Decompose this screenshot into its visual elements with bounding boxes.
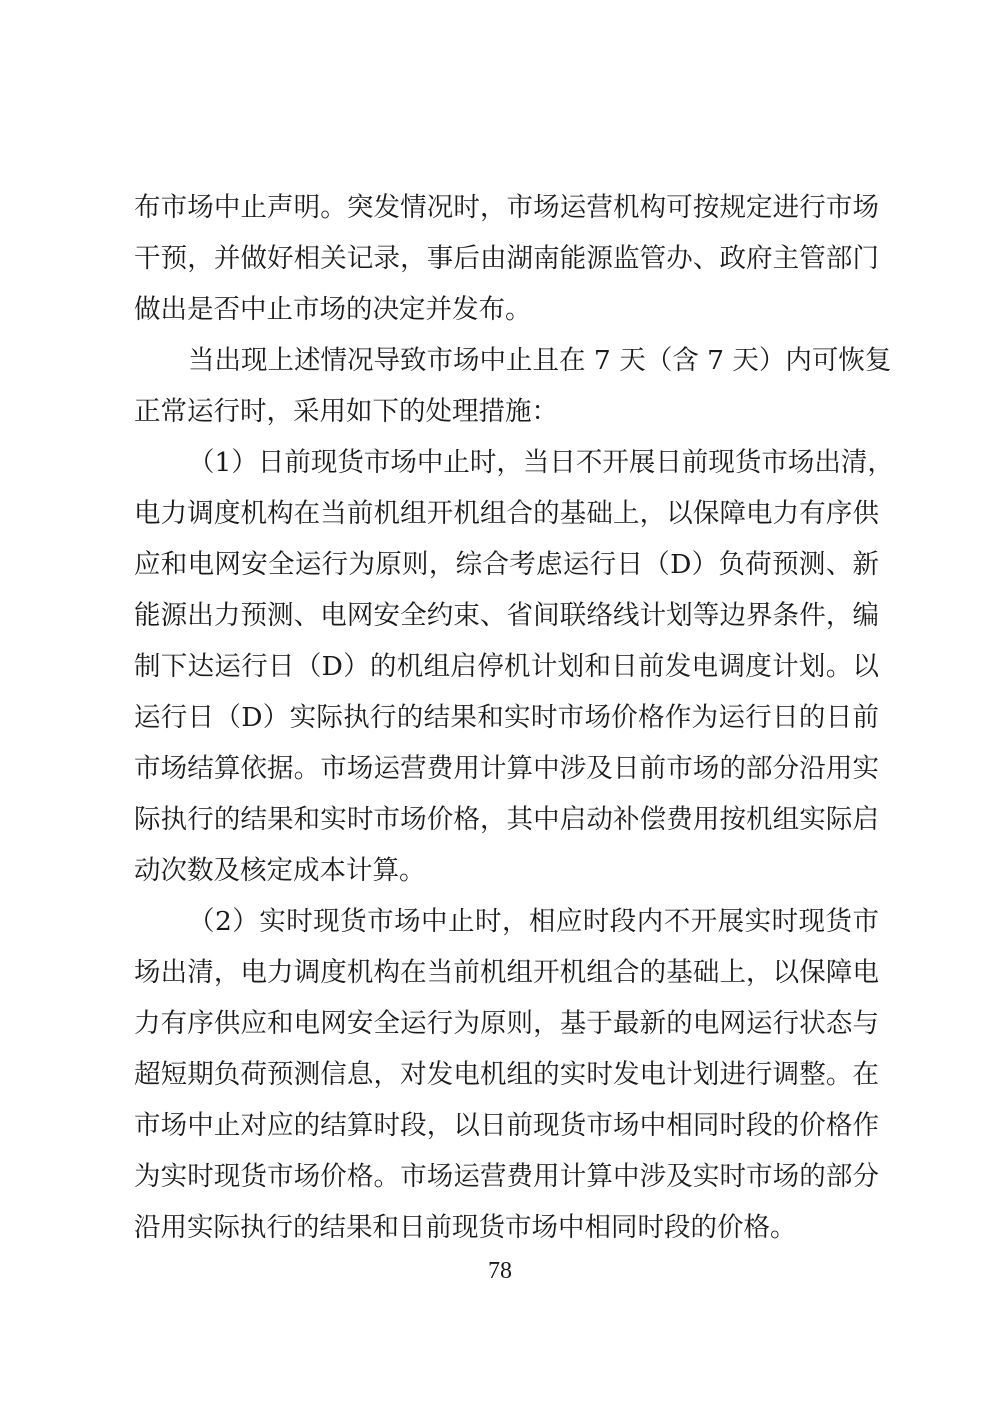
text-line: 干预，并做好相关记录，事后由湖南能源监管办、政府主管部门 (134, 233, 879, 284)
text-line: 沿用实际执行的结果和日前现货市场中相同时段的价格。 (134, 1202, 879, 1253)
paragraph-item-2-real-time-market: （2）实时现货市场中止时，相应时段内不开展实时现货市 场出清，电力调度机构在当前… (134, 896, 879, 1253)
page-number: 78 (0, 1258, 1000, 1285)
text-line: 市场结算依据。市场运营费用计算中涉及日前市场的部分沿用实 (134, 743, 879, 794)
paragraph-suspension-declaration: 布市场中止声明。突发情况时，市场运营机构可按规定进行市场 干预，并做好相关记录，… (134, 182, 879, 335)
text-line: 际执行的结果和实时市场价格，其中启动补偿费用按机组实际启 (134, 794, 879, 845)
text-line: 为实时现货市场价格。市场运营费用计算中涉及实时市场的部分 (134, 1151, 879, 1202)
paragraph-item-1-day-ahead-market: （1）日前现货市场中止时，当日不开展日前现货市场出清， 电力调度机构在当前机组开… (134, 437, 879, 896)
body-text: 布市场中止声明。突发情况时，市场运营机构可按规定进行市场 干预，并做好相关记录，… (134, 182, 879, 1253)
text-line: 运行日（D）实际执行的结果和实时市场价格作为运行日的日前 (134, 692, 879, 743)
text-line: （2）实时现货市场中止时，相应时段内不开展实时现货市 (134, 896, 879, 947)
paragraph-recovery-within-7-days: 当出现上述情况导致市场中止且在 7 天（含 7 天）内可恢复 正常运行时，采用如… (134, 335, 879, 437)
text-line: 超短期负荷预测信息，对发电机组的实时发电计划进行调整。在 (134, 1049, 879, 1100)
text-line: 当出现上述情况导致市场中止且在 7 天（含 7 天）内可恢复 (134, 335, 879, 386)
text-line: 做出是否中止市场的决定并发布。 (134, 284, 879, 335)
text-line: 布市场中止声明。突发情况时，市场运营机构可按规定进行市场 (134, 182, 879, 233)
text-line: 能源出力预测、电网安全约束、省间联络线计划等边界条件，编 (134, 590, 879, 641)
text-line: （1）日前现货市场中止时，当日不开展日前现货市场出清， (134, 437, 879, 488)
text-line: 场出清，电力调度机构在当前机组开机组合的基础上，以保障电 (134, 947, 879, 998)
text-line: 电力调度机构在当前机组开机组合的基础上，以保障电力有序供 (134, 488, 879, 539)
text-line: 力有序供应和电网安全运行为原则，基于最新的电网运行状态与 (134, 998, 879, 1049)
document-page: 布市场中止声明。突发情况时，市场运营机构可按规定进行市场 干预，并做好相关记录，… (0, 0, 1000, 1414)
text-line: 应和电网安全运行为原则，综合考虑运行日（D）负荷预测、新 (134, 539, 879, 590)
text-line: 市场中止对应的结算时段，以日前现货市场中相同时段的价格作 (134, 1100, 879, 1151)
text-line: 正常运行时，采用如下的处理措施： (134, 386, 879, 437)
text-line: 动次数及核定成本计算。 (134, 845, 879, 896)
text-line: 制下达运行日（D）的机组启停机计划和日前发电调度计划。以 (134, 641, 879, 692)
